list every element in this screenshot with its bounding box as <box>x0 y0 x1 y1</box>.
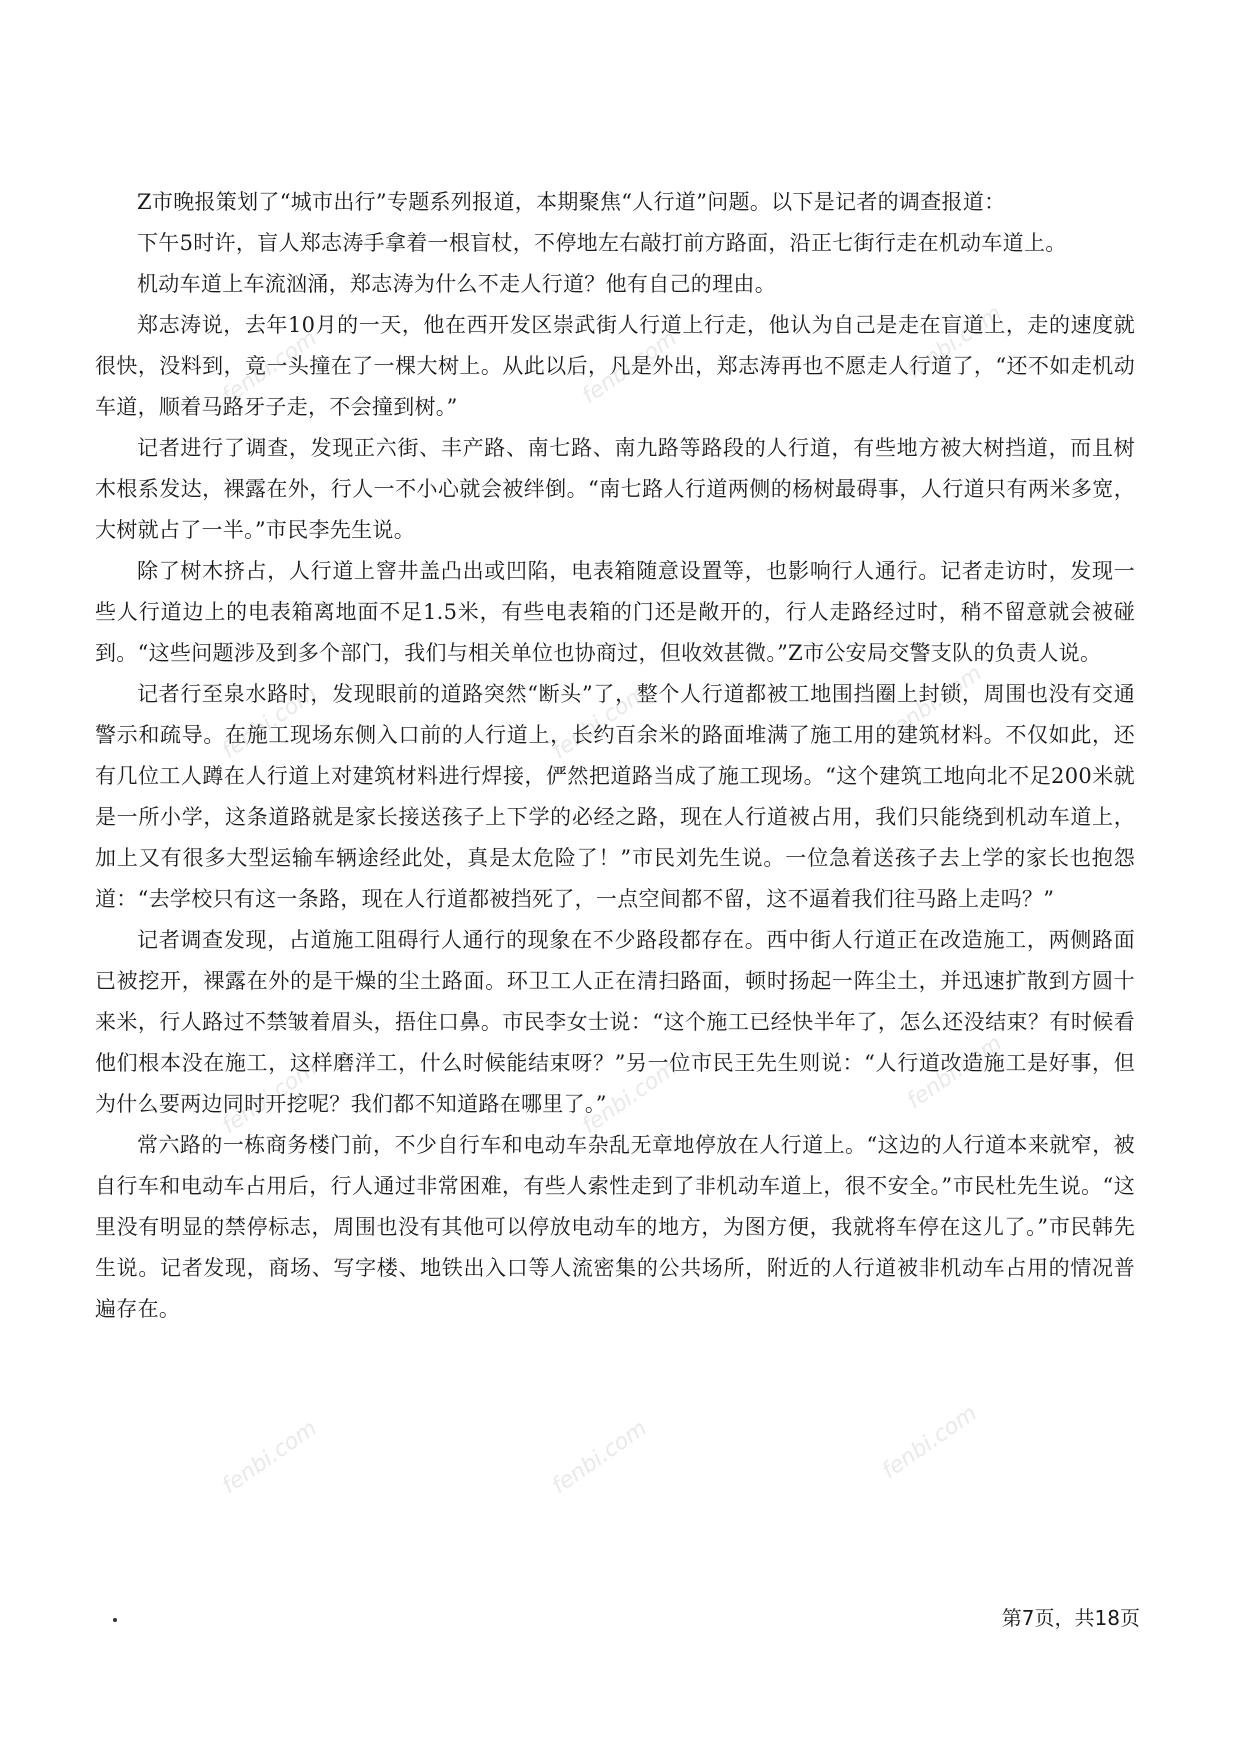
watermark: fenbi.com <box>548 1416 652 1499</box>
watermark: fenbi.com <box>218 1416 322 1499</box>
paragraph-reason: 机动车道上车流汹涌，郑志涛为什么不走人行道？他有自己的理由。 <box>95 264 1135 305</box>
paragraph-construction-xizhong: 记者调查发现，占道施工阻碍行人通行的现象在不少路段都存在。西中街人行道正在改造施… <box>95 920 1135 1125</box>
paragraph-manholes-meters: 除了树木挤占，人行道上窨井盖凸出或凹陷，电表箱随意设置等，也影响行人通行。记者走… <box>95 551 1135 674</box>
watermark: fenbi.com <box>878 1401 982 1484</box>
document-body: Z市晚报策划了“城市出行”专题系列报道，本期聚焦“人行道”问题。以下是记者的调查… <box>95 182 1135 1330</box>
paragraph-construction-quanshui: 记者行至泉水路时，发现眼前的道路突然“断头”了，整个人行道都被工地围挡圈上封锁，… <box>95 674 1135 920</box>
paragraph-tree-obstruction: 记者进行了调查，发现正六街、丰产路、南七路、南九路等路段的人行道，有些地方被大树… <box>95 428 1135 551</box>
footer-bullet <box>113 1618 117 1622</box>
paragraph-parking: 常六路的一栋商务楼门前，不少自行车和电动车杂乱无章地停放在人行道上。“这边的人行… <box>95 1125 1135 1330</box>
paragraph-intro: Z市晚报策划了“城市出行”专题系列报道，本期聚焦“人行道”问题。以下是记者的调查… <box>95 182 1135 223</box>
page-number: 第7页，共18页 <box>1002 1602 1140 1631</box>
paragraph-tree-collision: 郑志涛说，去年10月的一天，他在西开发区崇武街人行道上行走，他认为自己是走在盲道… <box>95 305 1135 428</box>
paragraph-blind-man: 下午5时许，盲人郑志涛手拿着一根盲杖，不停地左右敲打前方路面，沿正七街行走在机动… <box>95 223 1135 264</box>
